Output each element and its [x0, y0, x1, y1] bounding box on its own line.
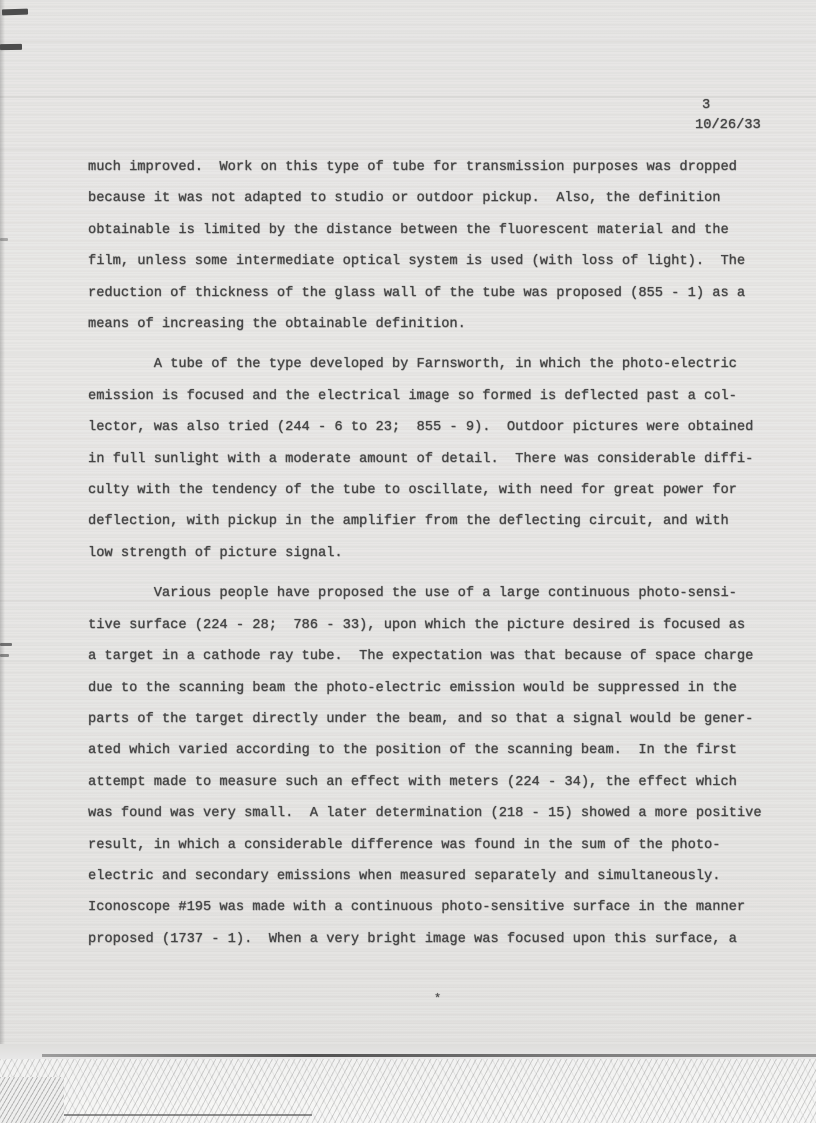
scan-streak: [0, 96, 816, 98]
scan-streak: [0, 40, 816, 42]
scan-streak: [0, 148, 816, 150]
paragraph-3: Various people have proposed the use of …: [88, 578, 808, 955]
document-body: much improved. Work on this type of tube…: [88, 152, 808, 964]
paragraph-1: much improved. Work on this type of tube…: [88, 152, 808, 340]
scan-edge-shadow: [0, 0, 5, 1123]
scan-horizontal-rule: [42, 1054, 816, 1057]
scan-artifact-dash: [0, 44, 22, 50]
page-date: 10/26/33: [695, 116, 761, 136]
scan-artifact-dash: [2, 9, 28, 16]
scan-artifact-bottom-band: [0, 1044, 816, 1123]
asterisk-mark: *: [434, 992, 441, 1006]
page-header: 3 10/26/33: [702, 96, 761, 136]
page-number: 3: [702, 96, 761, 116]
scan-corner-crease: [0, 1077, 64, 1123]
paragraph-2: A tube of the type developed by Farnswor…: [88, 349, 808, 569]
scan-artifact-dash: [0, 654, 9, 657]
scan-artifact-dash: [0, 238, 8, 241]
scanned-document-page: 3 10/26/33 much improved. Work on this t…: [0, 0, 816, 1123]
scan-artifact-dash: [0, 643, 12, 646]
